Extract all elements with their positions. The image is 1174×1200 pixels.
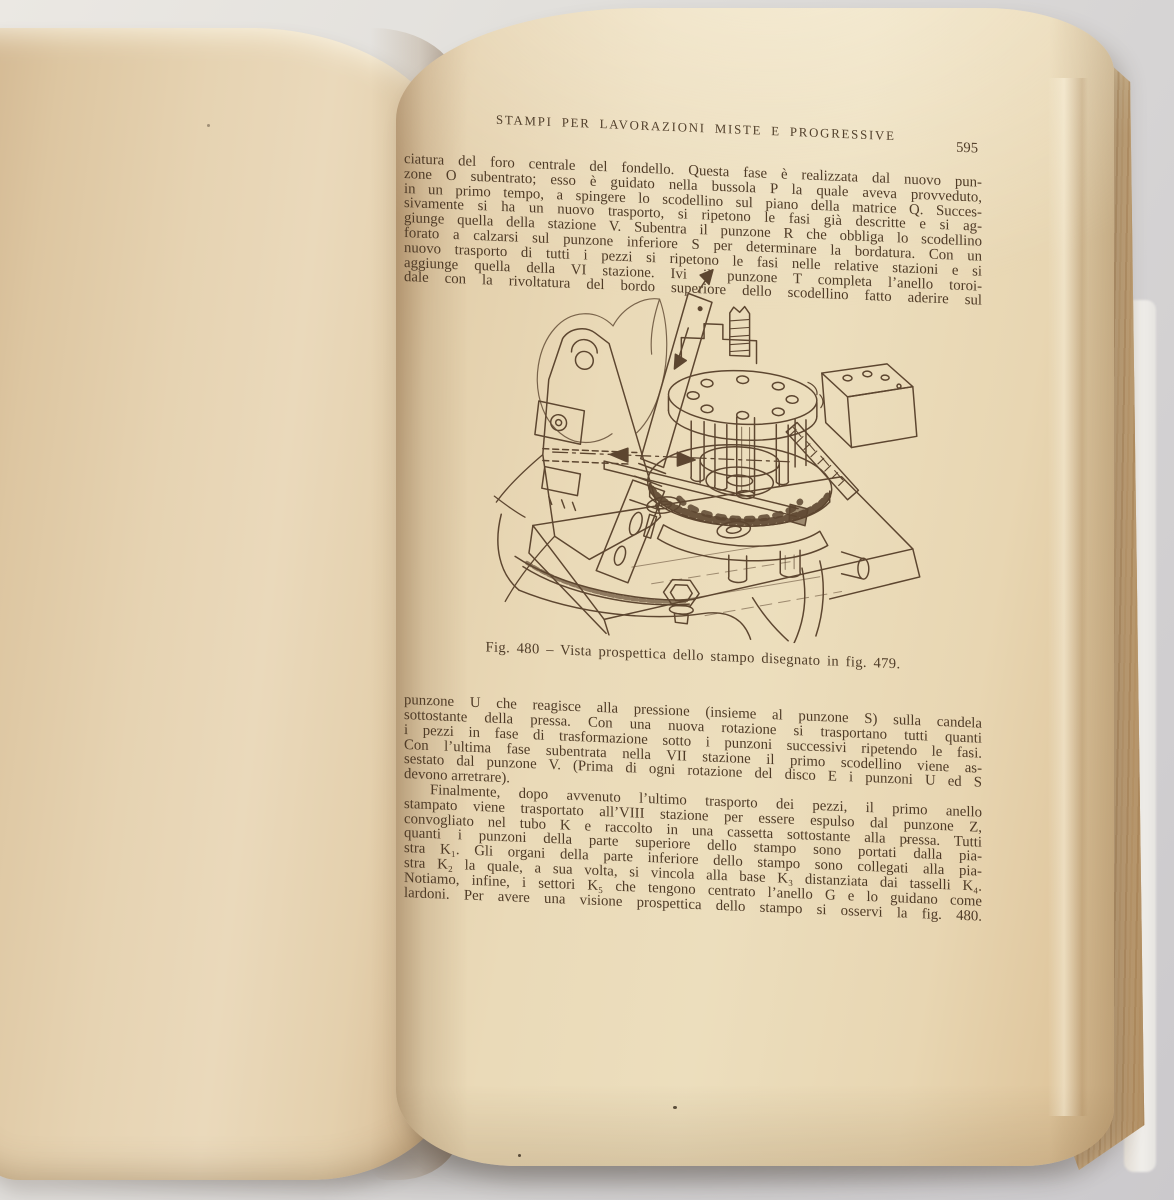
disc-support-feet (658, 525, 828, 587)
right-block (822, 361, 917, 450)
paper-speck (673, 1106, 677, 1109)
yoke-frame (498, 514, 823, 644)
paper-speck (207, 124, 210, 127)
figure-480-drawing (490, 259, 932, 649)
page-content: STAMPI PER LAVORAZIONI MISTE E PROGRESSI… (404, 98, 982, 921)
left-page (0, 28, 460, 1180)
paper-speck (518, 1154, 521, 1157)
page-number: 595 (956, 140, 978, 158)
paragraph-top: ciatura del foro centrale del fondello. … (404, 148, 982, 305)
running-title: STAMPI PER LAVORAZIONI MISTE E PROGRESSI… (496, 113, 896, 144)
base-block (529, 464, 920, 648)
release-lever (596, 290, 712, 587)
paragraph-bottom: Finalmente, dopo avvenuto l’ultimo trasp… (404, 779, 982, 921)
background-silhouette (537, 294, 666, 446)
figure-480 (490, 259, 932, 649)
paper-speck (906, 840, 909, 842)
threaded-stud (681, 304, 756, 363)
punch-columns (691, 415, 806, 501)
book-photo: STAMPI PER LAVORAZIONI MISTE E PROGRESSI… (0, 0, 1174, 1200)
